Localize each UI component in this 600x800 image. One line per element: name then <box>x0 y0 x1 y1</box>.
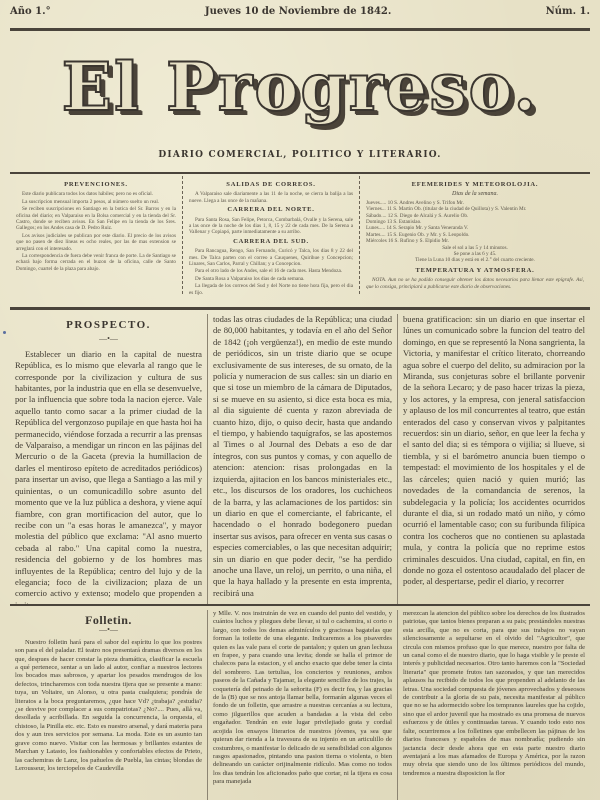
prevencion-item: Este diario publicara todos los datos há… <box>16 191 176 197</box>
sud-text: Para Rancagua, Rengo, San Fernando, Curi… <box>189 248 353 267</box>
section-rule <box>10 307 590 310</box>
prevencion-item: La correspondencia de fuera debe venir f… <box>16 253 176 272</box>
newspaper-title: El Progreso. <box>0 52 600 122</box>
correos-intro: A Valparaiso sale diariamente a las 11 d… <box>189 191 353 204</box>
efemerides-column: EFEMERIDES Y METEOROLOJIA. Dias de la se… <box>360 176 590 294</box>
correos-heading: SALIDAS DE CORREOS. <box>189 182 353 188</box>
prospecto-column-2: todas las otras ciudades de la República… <box>207 314 397 604</box>
prevencion-item: Los avisos judiciales se publican por es… <box>16 233 176 252</box>
prospecto-column-3: buena gratificacion: sin un diario en qu… <box>397 314 590 604</box>
efemerides-subheading: Dias de la semana. <box>366 191 584 197</box>
santarosa-text: De Santa Rosa a Valparaiso los dias de c… <box>189 276 353 282</box>
ornament-divider: —•— <box>15 333 202 344</box>
folletin-text-2: y Mlle. V. nos instruirán de vez en cuan… <box>213 610 392 787</box>
prospecto-column-1: PROSPECTO. —•— Establecer un diario en l… <box>10 314 207 604</box>
folletin-rule <box>10 604 590 606</box>
sud-heading: CARRERA DEL SUD. <box>189 239 353 245</box>
issue-date: Jueves 10 de Noviembre de 1842. <box>205 6 392 17</box>
prevenciones-column: PREVENCIONES. Este diario publicara todo… <box>10 176 182 294</box>
info-box: PREVENCIONES. Este diario publicara todo… <box>10 176 590 294</box>
newspaper-subtitle: DIARIO COMERCIAL, POLITICO Y LITERARIO. <box>0 150 600 160</box>
moon-text: Tiene la Luna 10 dias y está en el 2.° d… <box>366 257 584 263</box>
temperatura-heading: TEMPERATURA Y ATMOSFERA. <box>366 268 584 274</box>
nota-text: NOTA. Aun no se ha podido conseguir obte… <box>366 277 584 290</box>
efemerides-heading: EFEMERIDES Y METEOROLOJIA. <box>366 182 584 188</box>
masthead-rule <box>10 28 590 31</box>
llegada-text: La llegada de los correos del Sud y del … <box>189 283 353 296</box>
prevenciones-heading: PREVENCIONES. <box>16 182 176 188</box>
norte-text: Para Santa Rosa, San Felipe, Petorca, Co… <box>189 217 353 236</box>
prospecto-heading: PROSPECTO. <box>15 320 202 331</box>
issue-number: Núm. 1. <box>546 6 590 17</box>
folletin-column-2: y Mlle. V. nos instruirán de vez en cuan… <box>207 610 397 800</box>
prevencion-item: Se reciben suscripciones en Santiago en … <box>16 206 176 232</box>
prospecto-text-1: Establecer un diario en la capital de nu… <box>15 349 202 604</box>
folletin-text-3: merezcan la atencion del público sobre l… <box>403 610 585 778</box>
newspaper-page: Año 1.° Jueves 10 de Noviembre de 1842. … <box>0 0 600 800</box>
norte-heading: CARRERA DEL NORTE. <box>189 207 353 213</box>
prospecto-text-3: buena gratificacion: sin un diario en qu… <box>403 314 585 588</box>
binding-mark <box>3 331 6 334</box>
ornament-divider: —•— <box>15 626 202 634</box>
folletin-section: Folletin. —•— Nuestro folletin hará para… <box>10 610 590 800</box>
correos-column: SALIDAS DE CORREOS. A Valparaiso sale di… <box>182 176 360 294</box>
masthead-line: Año 1.° Jueves 10 de Noviembre de 1842. … <box>10 6 590 17</box>
top-box-rule <box>10 172 590 174</box>
folletin-column-3: merezcan la atencion del público sobre l… <box>397 610 590 800</box>
prevencion-item: La suscripcion mensual importa 2 pesos, … <box>16 199 176 205</box>
year-label: Año 1.° <box>10 6 51 17</box>
folletin-heading: Folletin. <box>15 616 202 624</box>
folletin-column-1: Folletin. —•— Nuestro folletin hará para… <box>10 610 207 800</box>
andes-text: Para el otro lado de los Andes, sale el … <box>189 268 353 274</box>
folletin-text-1: Nuestro folletin hará para el sabor del … <box>15 639 202 774</box>
prospecto-section: PROSPECTO. —•— Establecer un diario en l… <box>10 314 590 604</box>
prospecto-text-2: todas las otras ciudades de la República… <box>213 314 392 599</box>
